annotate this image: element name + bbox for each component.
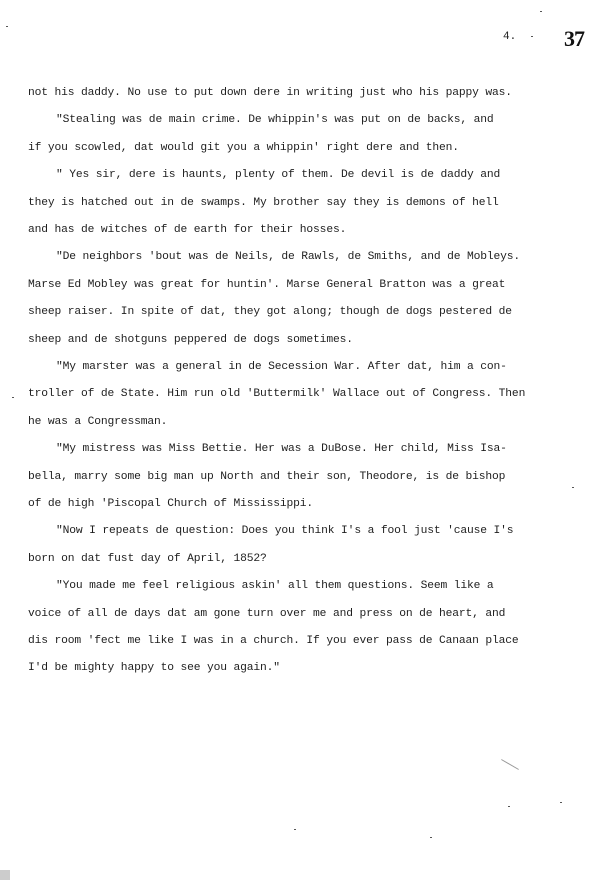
scan-speck bbox=[0, 870, 10, 880]
text-line: Marse Ed Mobley was great for huntin'. M… bbox=[28, 278, 505, 292]
text-line: dis room 'fect me like I was in a church… bbox=[28, 634, 519, 648]
scan-speck bbox=[501, 759, 519, 770]
scan-speck bbox=[560, 802, 562, 803]
text-line: he was a Congressman. bbox=[28, 415, 167, 429]
scan-speck bbox=[294, 829, 296, 830]
text-line: "My marster was a general in de Secessio… bbox=[56, 360, 507, 374]
text-line: "My mistress was Miss Bettie. Her was a … bbox=[56, 442, 507, 456]
scan-speck bbox=[540, 11, 542, 12]
text-line: of de high 'Piscopal Church of Mississip… bbox=[28, 497, 313, 511]
text-line: born on dat fust day of April, 1852? bbox=[28, 552, 267, 566]
text-line: they is hatched out in de swamps. My bro… bbox=[28, 196, 499, 210]
text-line: I'd be mighty happy to see you again." bbox=[28, 661, 280, 675]
text-line: and has de witches of de earth for their… bbox=[28, 223, 346, 237]
text-line: bella, marry some big man up North and t… bbox=[28, 470, 505, 484]
scan-speck bbox=[508, 806, 510, 807]
text-line: if you scowled, dat would git you a whip… bbox=[28, 141, 459, 155]
text-line: sheep and de shotguns peppered de dogs s… bbox=[28, 333, 353, 347]
text-line: not his daddy. No use to put down dere i… bbox=[28, 86, 512, 100]
scan-speck bbox=[430, 837, 432, 838]
scan-speck bbox=[12, 397, 14, 398]
text-line: "Now I repeats de question: Does you thi… bbox=[56, 524, 513, 538]
page-number-stamp: 37 bbox=[564, 26, 584, 52]
scan-speck bbox=[531, 36, 533, 37]
text-line: " Yes sir, dere is haunts, plenty of the… bbox=[56, 168, 500, 182]
page-number-typed: 4. bbox=[503, 31, 516, 43]
text-line: "Stealing was de main crime. De whippin'… bbox=[56, 113, 494, 127]
text-line: "De neighbors 'bout was de Neils, de Raw… bbox=[56, 250, 520, 264]
scan-speck bbox=[572, 487, 574, 488]
scan-speck bbox=[6, 26, 8, 27]
text-line: "You made me feel religious askin' all t… bbox=[56, 579, 494, 593]
text-line: troller of de State. Him run old 'Butter… bbox=[28, 387, 525, 401]
text-line: voice of all de days dat am gone turn ov… bbox=[28, 607, 505, 621]
text-line: sheep raiser. In spite of dat, they got … bbox=[28, 305, 512, 319]
